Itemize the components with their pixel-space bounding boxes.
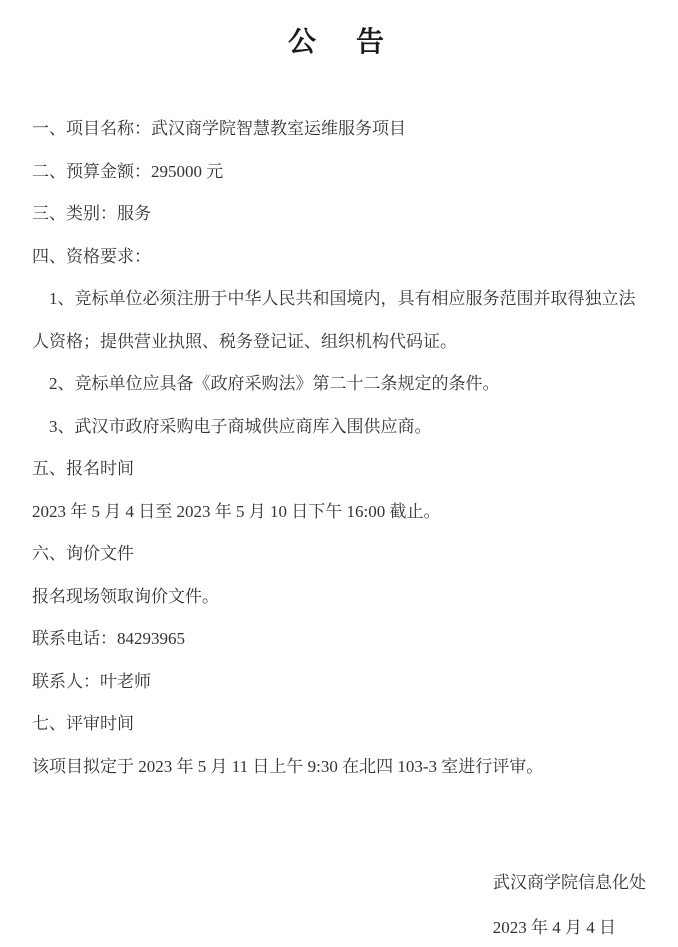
paragraph-review-time-heading: 七、评审时间	[32, 703, 646, 746]
paragraph-contact-person: 联系人：叶老师	[32, 661, 646, 704]
paragraph-category: 三、类别：服务	[32, 193, 646, 236]
paragraph-qualification-item-1: 1、竞标单位必须注册于中华人民共和国境内，具有相应服务范围并取得独立法人资格；提…	[32, 278, 646, 363]
announcement-document: 公 告 一、项目名称：武汉商学院智慧教室运维服务项目 二、预算金额：295000…	[0, 0, 678, 947]
paragraph-budget: 二、预算金额：295000 元	[32, 151, 646, 194]
paragraph-registration-time: 2023 年 5 月 4 日至 2023 年 5 月 10 日下午 16:00 …	[32, 491, 646, 534]
paragraph-review-time: 该项目拟定于 2023 年 5 月 11 日上午 9:30 在北四 103-3 …	[32, 746, 646, 789]
signature-date: 2023 年 4 月 4 日	[32, 905, 646, 947]
paragraph-project-name: 一、项目名称：武汉商学院智慧教室运维服务项目	[32, 108, 646, 151]
paragraph-registration-time-heading: 五、报名时间	[32, 448, 646, 491]
signature-block: 武汉商学院信息化处 2023 年 4 月 4 日	[32, 860, 646, 947]
paragraph-contact-phone: 联系电话：84293965	[32, 618, 646, 661]
paragraph-qualification-item-3: 3、武汉市政府采购电子商城供应商库入围供应商。	[32, 406, 646, 449]
document-title: 公 告	[32, 22, 646, 64]
paragraph-inquiry-document: 报名现场领取询价文件。	[32, 576, 646, 619]
paragraph-qualification-item-2: 2、竞标单位应具备《政府采购法》第二十二条规定的条件。	[32, 363, 646, 406]
paragraph-inquiry-document-heading: 六、询价文件	[32, 533, 646, 576]
paragraph-qualification-heading: 四、资格要求：	[32, 236, 646, 279]
signature-org: 武汉商学院信息化处	[32, 860, 646, 905]
